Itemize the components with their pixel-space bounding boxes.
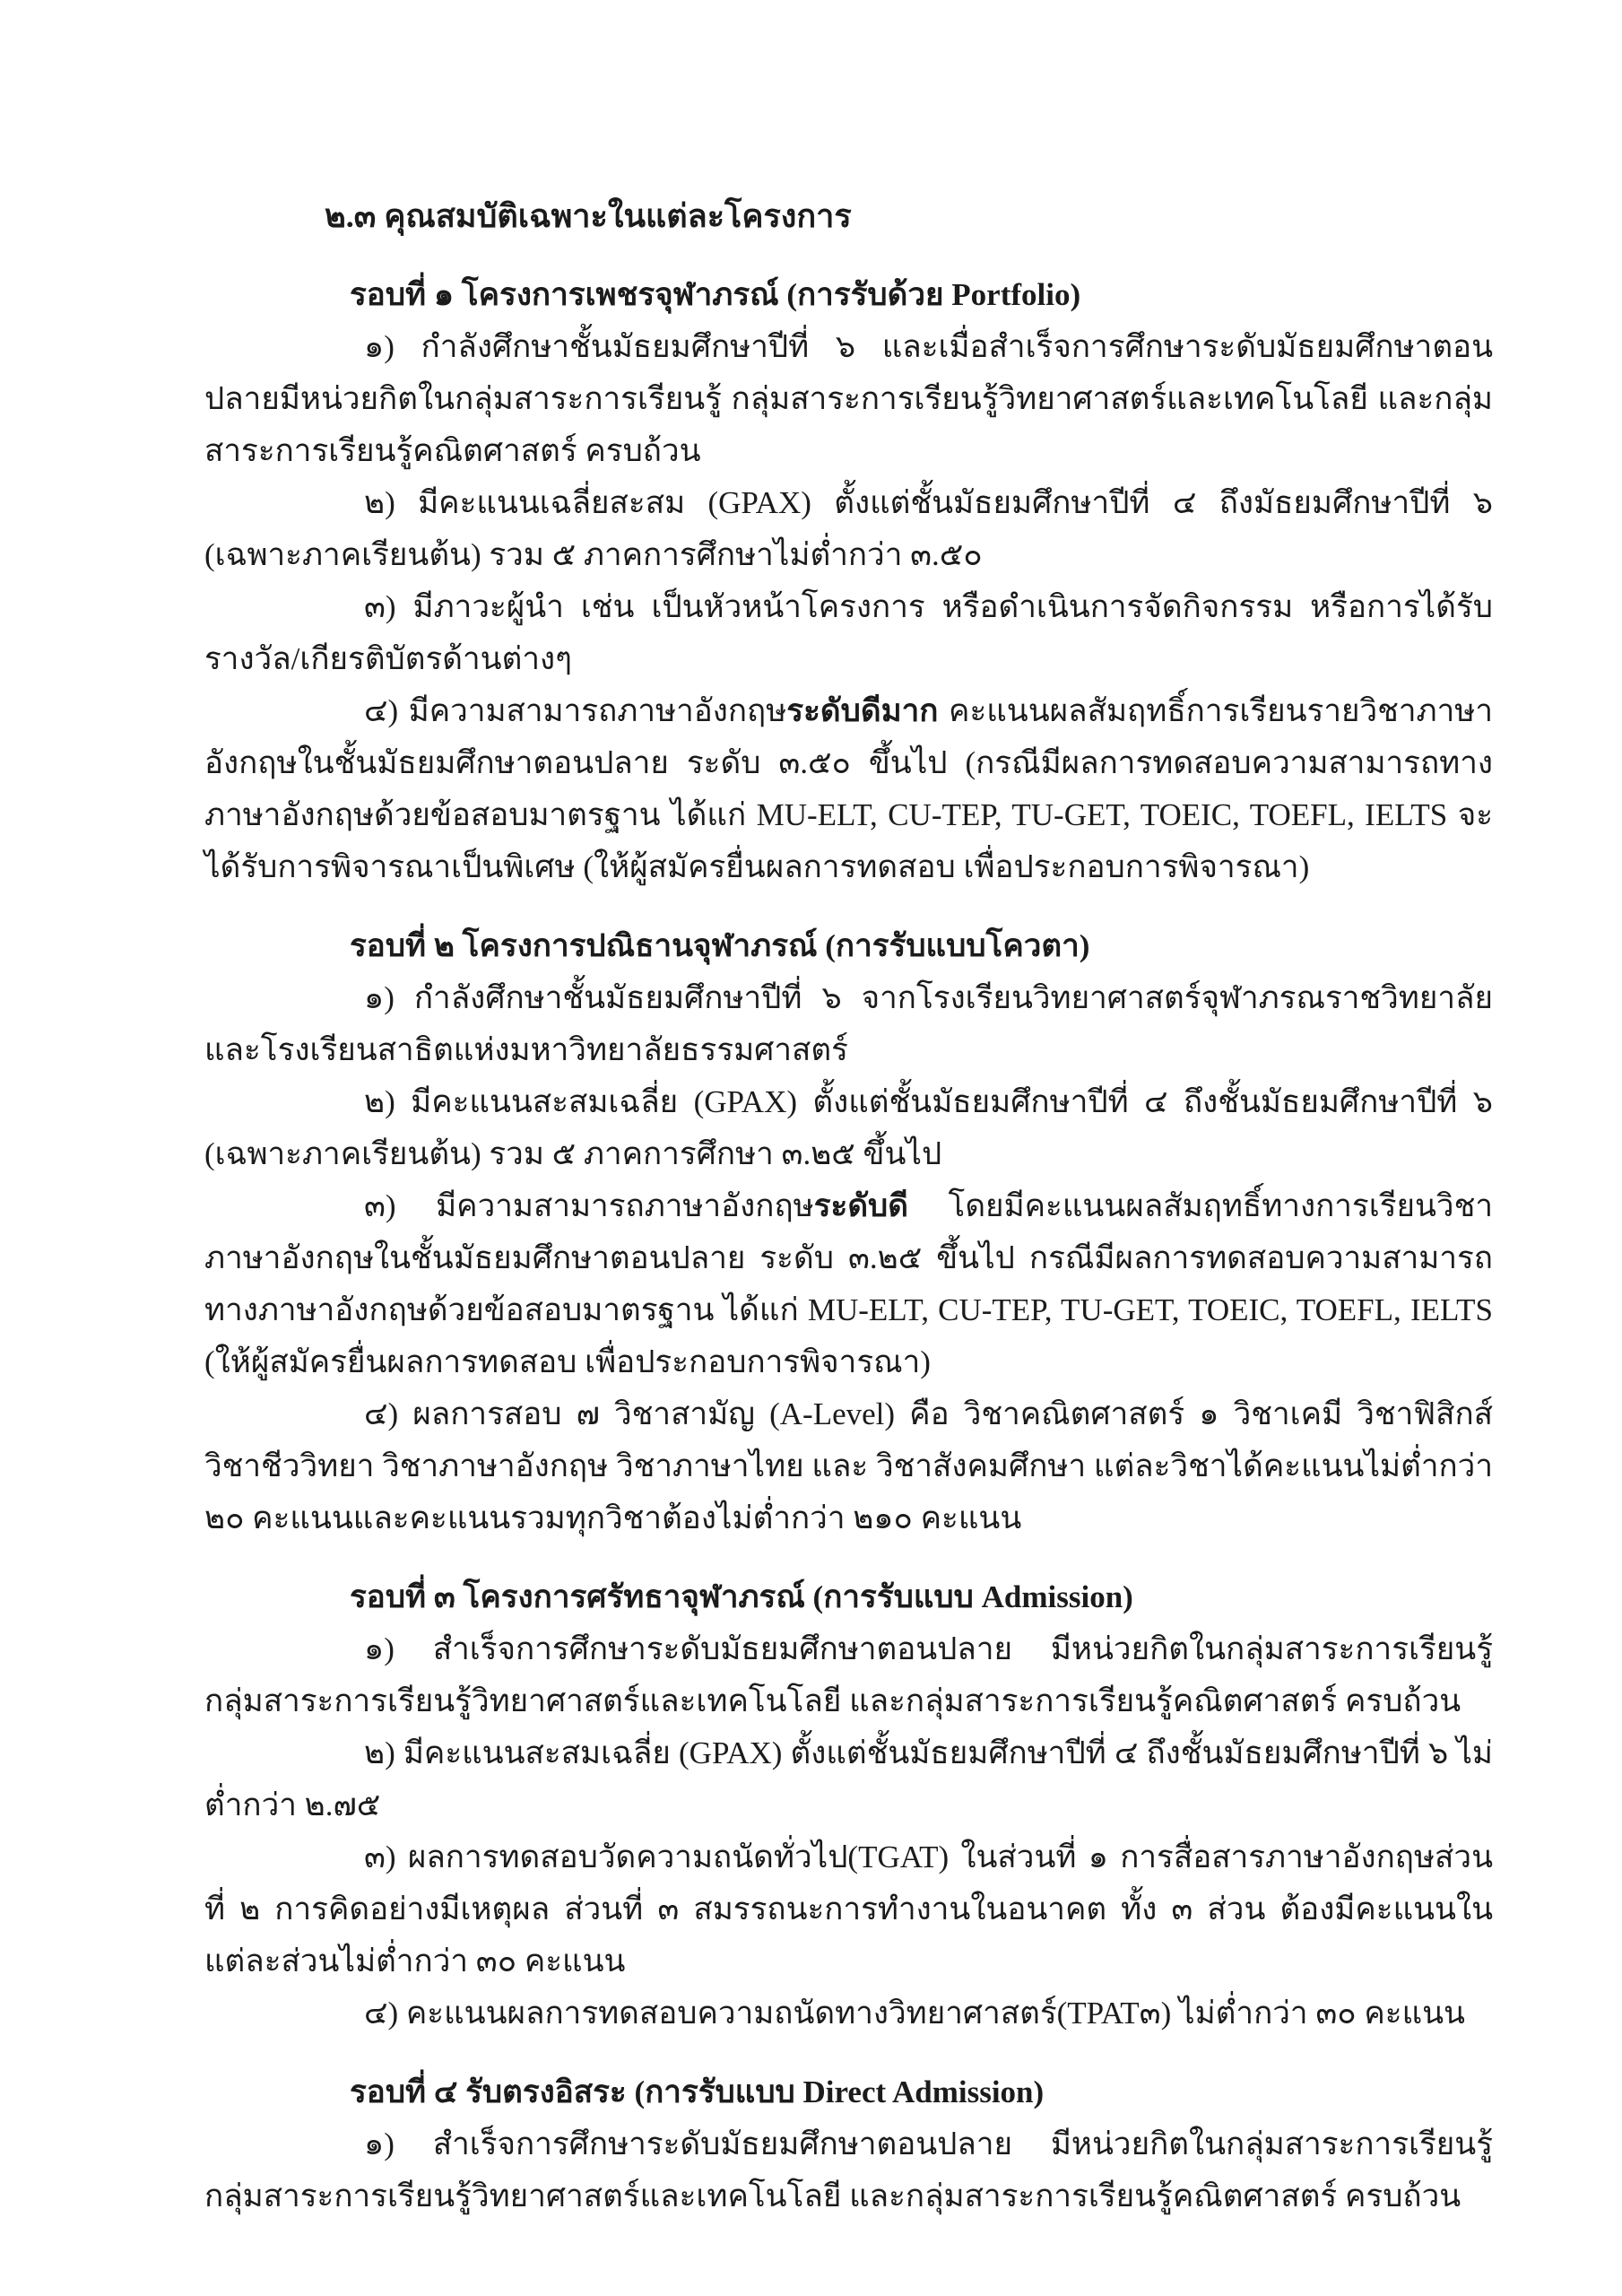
section-heading: รอบที่ ๑ โครงการเพชรจุฬาภรณ์ (การรับด้วย…: [350, 269, 1493, 321]
requirement-item: ๑) กำลังศึกษาชั้นมัธยมศึกษาปีที่ ๖ และเม…: [204, 321, 1493, 477]
section-round-1: รอบที่ ๑ โครงการเพชรจุฬาภรณ์ (การรับด้วย…: [204, 269, 1493, 893]
section-heading: รอบที่ ๔ รับตรงอิสระ (การรับแบบ Direct A…: [350, 2066, 1493, 2118]
section-heading: รอบที่ ๓ โครงการศรัทธาจุฬาภรณ์ (การรับแบ…: [350, 1571, 1493, 1623]
item-text: ๑) กำลังศึกษาชั้นมัธยมศึกษาปีที่ ๖ จากโร…: [204, 980, 1493, 1067]
item-text: ๒) มีคะแนนสะสมเฉลี่ย (GPAX) ตั้งแต่ชั้นม…: [204, 1084, 1493, 1171]
item-text: ๒) มีคะแนนสะสมเฉลี่ย (GPAX) ตั้งแต่ชั้นม…: [204, 1735, 1493, 1822]
item-text: ๒) มีคะแนนเฉลี่ยสะสม (GPAX) ตั้งแต่ชั้นม…: [204, 485, 1493, 572]
emphasis-text: ระดับดีมาก: [786, 693, 938, 728]
requirement-item: ๓) มีภาวะผู้นำ เช่น เป็นหัวหน้าโครงการ ห…: [204, 581, 1493, 685]
item-text: ๑) สำเร็จการศึกษาระดับมัธยมศึกษาตอนปลาย …: [204, 1631, 1493, 1718]
section-round-3: รอบที่ ๓ โครงการศรัทธาจุฬาภรณ์ (การรับแบ…: [204, 1571, 1493, 2039]
item-text: ๑) สำเร็จการศึกษาระดับมัธยมศึกษาตอนปลาย …: [204, 2126, 1493, 2213]
item-text: ๔) คะแนนผลการทดสอบความถนัดทางวิทยาศาสตร์…: [364, 1996, 1465, 2031]
requirement-item: ๔) คะแนนผลการทดสอบความถนัดทางวิทยาศาสตร์…: [204, 1987, 1493, 2039]
page-title: ๒.๓ คุณสมบัติเฉพาะในแต่ละโครงการ: [325, 190, 1493, 242]
item-text: ๓) มีความสามารถภาษาอังกฤษ: [364, 1188, 814, 1223]
section-heading: รอบที่ ๒ โครงการปณิธานจุฬาภรณ์ (การรับแบ…: [350, 920, 1493, 972]
requirement-item: ๑) สำเร็จการศึกษาระดับมัธยมศึกษาตอนปลาย …: [204, 1623, 1493, 1727]
requirement-item: ๓) มีความสามารถภาษาอังกฤษระดับดี โดยมีคะ…: [204, 1180, 1493, 1388]
requirement-item: ๔) ผลการสอบ ๗ วิชาสามัญ (A-Level) คือ วิ…: [204, 1388, 1493, 1544]
requirement-item: ๒) มีคะแนนสะสมเฉลี่ย (GPAX) ตั้งแต่ชั้นม…: [204, 1727, 1493, 1831]
sections-container: รอบที่ ๑ โครงการเพชรจุฬาภรณ์ (การรับด้วย…: [204, 269, 1493, 2222]
item-text: ๑) กำลังศึกษาชั้นมัธยมศึกษาปีที่ ๖ และเม…: [204, 329, 1493, 468]
requirement-item: ๒) มีคะแนนสะสมเฉลี่ย (GPAX) ตั้งแต่ชั้นม…: [204, 1076, 1493, 1180]
section-round-2: รอบที่ ๒ โครงการปณิธานจุฬาภรณ์ (การรับแบ…: [204, 920, 1493, 1544]
item-text: ๔) มีความสามารถภาษาอังกฤษ: [364, 693, 786, 728]
requirement-item: ๑) สำเร็จการศึกษาระดับมัธยมศึกษาตอนปลาย …: [204, 2118, 1493, 2222]
item-text: ๓) มีภาวะผู้นำ เช่น เป็นหัวหน้าโครงการ ห…: [204, 589, 1493, 676]
requirement-item: ๔) มีความสามารถภาษาอังกฤษระดับดีมาก คะแน…: [204, 685, 1493, 893]
section-round-4: รอบที่ ๔ รับตรงอิสระ (การรับแบบ Direct A…: [204, 2066, 1493, 2222]
item-text: ๔) ผลการสอบ ๗ วิชาสามัญ (A-Level) คือ วิ…: [204, 1396, 1493, 1535]
requirement-item: ๑) กำลังศึกษาชั้นมัธยมศึกษาปีที่ ๖ จากโร…: [204, 972, 1493, 1076]
requirement-item: ๒) มีคะแนนเฉลี่ยสะสม (GPAX) ตั้งแต่ชั้นม…: [204, 477, 1493, 581]
document-page: ๒.๓ คุณสมบัติเฉพาะในแต่ละโครงการ รอบที่ …: [0, 0, 1622, 2296]
emphasis-text: ระดับดี: [814, 1188, 908, 1223]
item-text: ๓) ผลการทดสอบวัดความถนัดทั่วไป(TGAT) ในส…: [204, 1839, 1493, 1979]
requirement-item: ๓) ผลการทดสอบวัดความถนัดทั่วไป(TGAT) ในส…: [204, 1831, 1493, 1987]
